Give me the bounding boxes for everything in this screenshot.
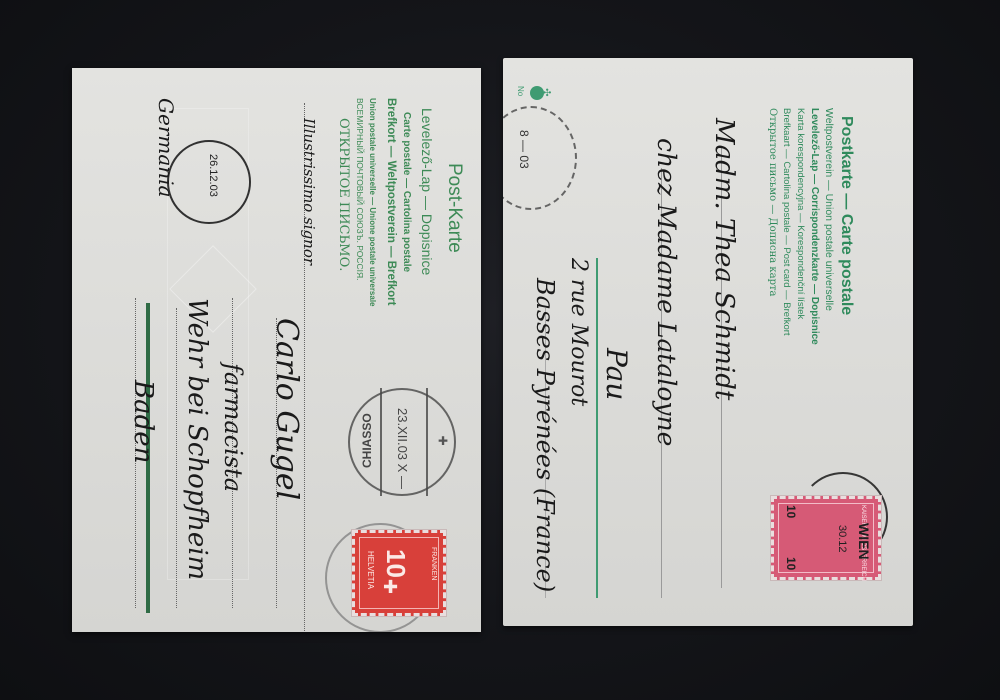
postmark-chiasso: 23.XII.03 X — CHIASSO ✚ — [348, 388, 456, 496]
handwritten-salutation: Illustrissimo signor — [300, 118, 318, 265]
printed-line: Weltpostverein — Union postale universel… — [823, 108, 835, 311]
postmark-date: 26.12.03 — [207, 154, 219, 197]
handwritten-address: Wehr bei Schopfheim — [182, 298, 212, 580]
printed-line: Levelező-Lap — Corrispondenzkarte — Dopi… — [809, 108, 820, 345]
swiss-cross-icon: ✚ — [383, 577, 398, 598]
postmark-date: 8 — 03 — [517, 130, 531, 169]
card-title: Post-Karte — [443, 163, 465, 253]
postcard-right: ✣ No Postkarte — Carte postale Weltpostv… — [503, 58, 913, 626]
printed-line: Открытое письмо — Дописна карта — [767, 108, 778, 297]
card-title: Postkarte — Carte postale — [837, 116, 855, 315]
stamp-currency: FRANKEN — [430, 547, 437, 580]
stamp-value: 10 — [380, 549, 411, 578]
crest-crown-icon: ✣ — [543, 88, 551, 99]
stamp-value: 10 — [784, 557, 798, 570]
postmark-town: WIEN — [856, 523, 872, 560]
crest-icon — [530, 86, 544, 100]
printed-line: ОТКРЫТОЕ ПИСЬМО. — [336, 118, 351, 271]
address-line — [176, 308, 177, 608]
printed-line: Brefkaart — Cartolina postale — Post car… — [781, 108, 792, 336]
stamp-helvetia: 10 ✚ HELVETIA FRANKEN — [352, 530, 446, 616]
stamp-austria: 10 10 KAISERTUM ÖSTERREICH WIEN 30.12 — [771, 496, 881, 580]
printed-line: Levelező-Lap — Dopisnice — [419, 108, 435, 275]
handwritten-care-of: chez Madame Lataloyne — [652, 138, 681, 446]
postmark-town: CHIASSO — [360, 413, 374, 468]
postmark-date: 23.XII.03 X — — [395, 408, 410, 489]
handwritten-department: Basses Pyrénées (France) — [531, 278, 559, 592]
handwritten-street: 2 rue Mourot — [566, 258, 591, 406]
handwritten-name: Carlo Gugel — [269, 318, 304, 500]
handwritten-occupation: farmacista — [219, 363, 247, 492]
handwritten-city: Pau — [600, 348, 633, 400]
printed-line: Karta korespondencyjna — Korespondenční … — [795, 108, 806, 319]
corner-mark: No — [516, 86, 525, 96]
printed-line: Carte postale — Cartolina postale — [401, 112, 412, 272]
postmark-date: 30.12 — [836, 525, 848, 553]
address-line — [596, 258, 598, 598]
handwritten-recipient: Madm. Thea Schmidt — [709, 118, 739, 400]
printed-line: ВСЕМИРНЫЙ ПОЧТОВЫЙ СОЮЗЪ. РОССІЯ. — [355, 98, 365, 280]
printed-line: Union postale universelle — Unione posta… — [368, 98, 377, 307]
stamp-value: 10 — [784, 505, 798, 518]
postcard-left: Post-Karte Levelező-Lap — Dopisnice Cart… — [72, 68, 481, 632]
handwritten-region: Baden — [128, 380, 158, 463]
postmark-arrival: 8 — 03 — [503, 106, 577, 210]
stamp-country: HELVETIA — [366, 551, 375, 589]
postmark-arrival: 26.12.03 — [167, 140, 251, 224]
swiss-cross-icon: ✚ — [438, 434, 448, 448]
printed-line: Brefkort — Weltpostverein — Brefkort — [385, 98, 397, 305]
